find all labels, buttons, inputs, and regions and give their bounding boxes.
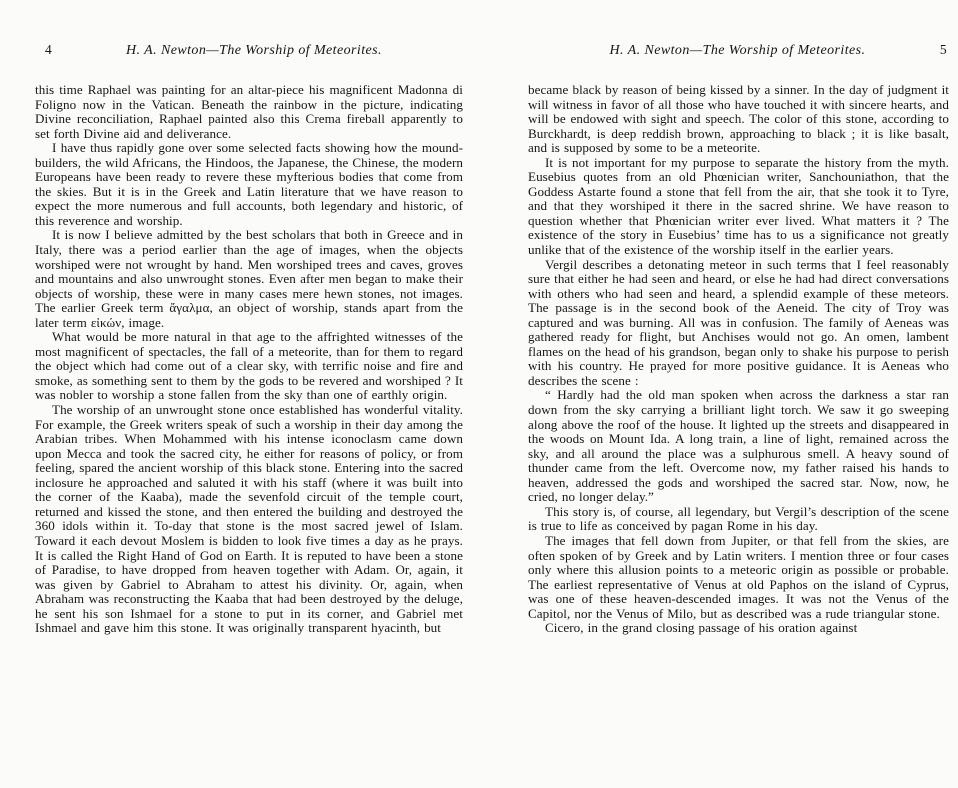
page-number-left: 4 (35, 42, 75, 58)
paragraph: It is not important for my purpose to se… (528, 156, 949, 258)
paragraph: What would be more natural in that age t… (35, 330, 463, 403)
paragraph: “ Hardly had the old man spoken when acr… (528, 388, 949, 504)
page-number-right: 5 (917, 42, 949, 58)
left-page: 4 H. A. Newton—The Worship of Meteorites… (35, 0, 463, 636)
paragraph: The images that fell down from Jupiter, … (528, 534, 949, 621)
running-head-left: 4 H. A. Newton—The Worship of Meteorites… (35, 42, 463, 59)
paragraph: It is now I believe admitted by the best… (35, 228, 463, 330)
paragraph: The worship of an unwrought stone once e… (35, 403, 463, 636)
right-page-body: became black by reason of being kissed b… (528, 83, 949, 636)
paragraph: Vergil describes a detonating meteor in … (528, 258, 949, 389)
paragraph: this time Raphael was painting for an al… (35, 83, 463, 141)
paragraph: Cicero, in the grand closing passage of … (528, 621, 949, 636)
left-page-body: this time Raphael was painting for an al… (35, 83, 463, 636)
paragraph: This story is, of course, all legendary,… (528, 505, 949, 534)
paragraph: I have thus rapidly gone over some selec… (35, 141, 463, 228)
book-spread: 4 H. A. Newton—The Worship of Meteorites… (0, 0, 958, 788)
right-page: H. A. Newton—The Worship of Meteorites. … (528, 0, 949, 636)
running-head-right: H. A. Newton—The Worship of Meteorites. … (528, 42, 949, 59)
running-title-right: H. A. Newton—The Worship of Meteorites. (558, 43, 917, 59)
paragraph: became black by reason of being kissed b… (528, 83, 949, 156)
running-title-left: H. A. Newton—The Worship of Meteorites. (75, 43, 433, 59)
